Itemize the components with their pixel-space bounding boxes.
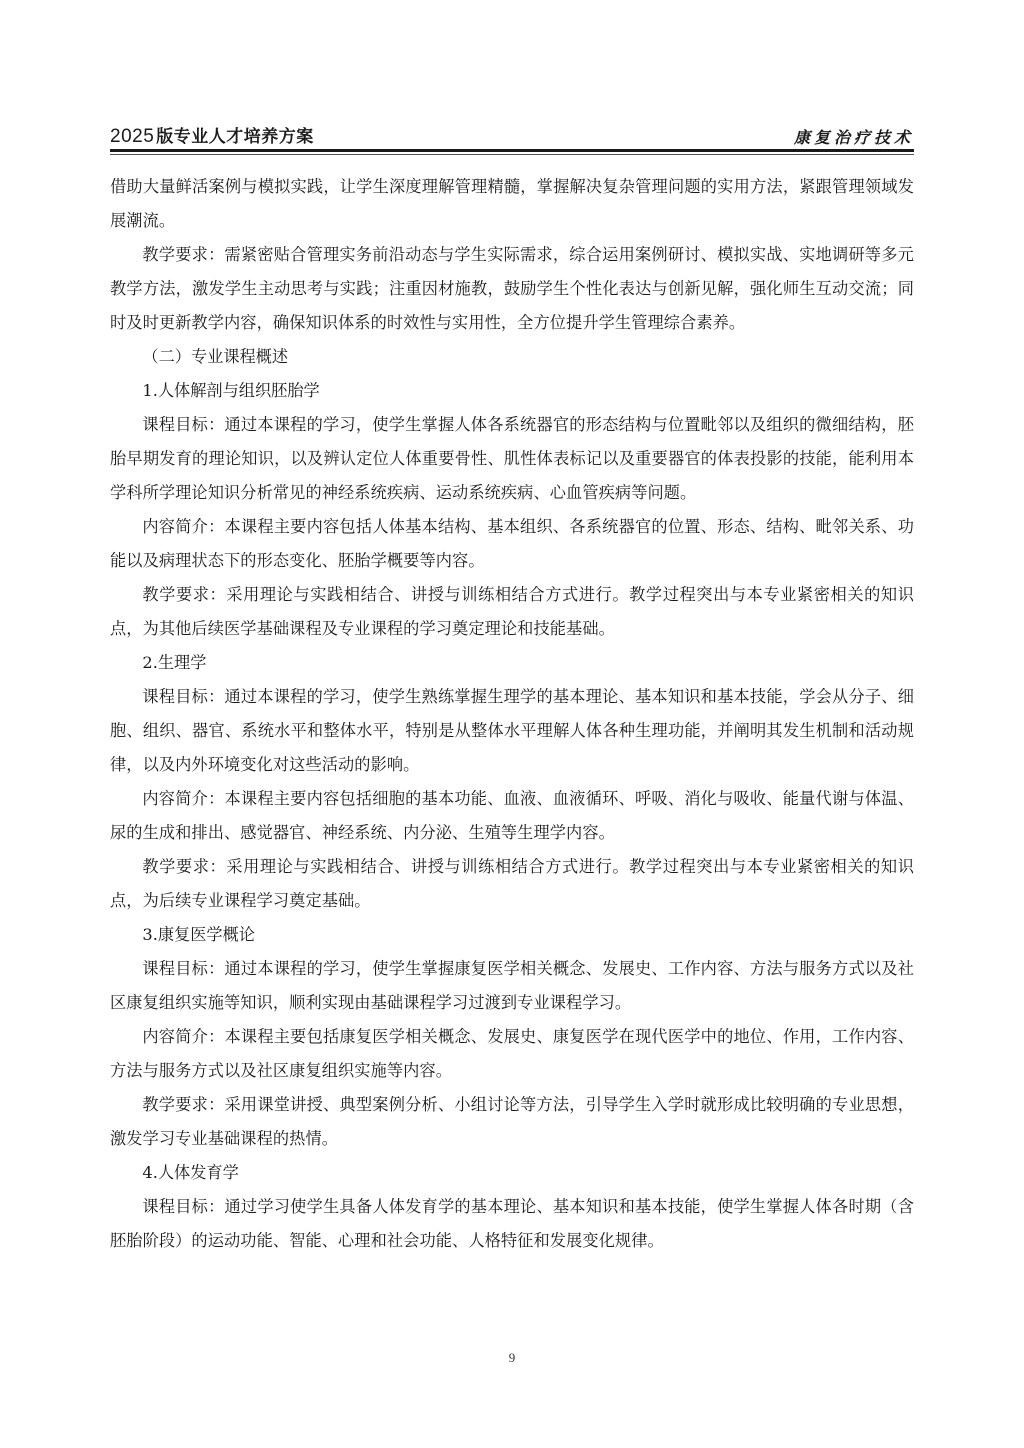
course-title: 4.人体发育学 [110, 1156, 914, 1190]
course-title: 3.康复医学概论 [110, 918, 914, 952]
course-goal: 课程目标：通过本课程的学习，使学生熟练掌握生理学的基本理论、基本知识和基本技能，… [110, 680, 914, 782]
course-content: 内容简介：本课程主要内容包括细胞的基本功能、血液、血液循环、呼吸、消化与吸收、能… [110, 782, 914, 850]
header-year: 2025 [110, 126, 154, 147]
header-plan-title: 2025版专业人才培养方案 [110, 122, 314, 148]
header-plan-label: 版专业人才培养方案 [156, 127, 314, 147]
course-content: 内容简介：本课程主要包括康复医学相关概念、发展史、康复医学在现代医学中的地位、作… [110, 1020, 914, 1088]
prev-teaching-requirement: 教学要求：需紧密贴合管理实务前沿动态与学生实际需求，综合运用案例研讨、模拟实战、… [110, 238, 914, 340]
course-title: 1.人体解剖与组织胚胎学 [110, 374, 914, 408]
course-goal: 课程目标：通过本课程的学习，使学生掌握人体各系统器官的形态结构与位置毗邻以及组织… [110, 408, 914, 510]
header-major-title: 康复治疗技术 [794, 125, 914, 148]
page-header: 2025版专业人才培养方案 康复治疗技术 [110, 122, 914, 148]
continuation-paragraph: 借助大量鲜活案例与模拟实践，让学生深度理解管理精髓，掌握解决复杂管理问题的实用方… [110, 170, 914, 238]
page-number: 9 [0, 1350, 1024, 1366]
course-content: 内容简介：本课程主要内容包括人体基本结构、基本组织、各系统器官的位置、形态、结构… [110, 510, 914, 578]
course-requirement: 教学要求：采用理论与实践相结合、讲授与训练相结合方式进行。教学过程突出与本专业紧… [110, 578, 914, 646]
section-heading: （二）专业课程概述 [110, 340, 914, 374]
course-requirement: 教学要求：采用课堂讲授、典型案例分析、小组讨论等方法，引导学生入学时就形成比较明… [110, 1088, 914, 1156]
header-rule-thick [110, 149, 914, 152]
course-requirement: 教学要求：采用理论与实践相结合、讲授与训练相结合方式进行。教学过程突出与本专业紧… [110, 850, 914, 918]
course-title: 2.生理学 [110, 646, 914, 680]
course-goal: 课程目标：通过本课程的学习，使学生掌握康复医学相关概念、发展史、工作内容、方法与… [110, 952, 914, 1020]
page-body: 借助大量鲜活案例与模拟实践，让学生深度理解管理精髓，掌握解决复杂管理问题的实用方… [110, 170, 914, 1258]
course-goal: 课程目标：通过学习使学生具备人体发育学的基本理论、基本知识和基本技能，使学生掌握… [110, 1190, 914, 1258]
header-rule-thin [110, 154, 914, 155]
